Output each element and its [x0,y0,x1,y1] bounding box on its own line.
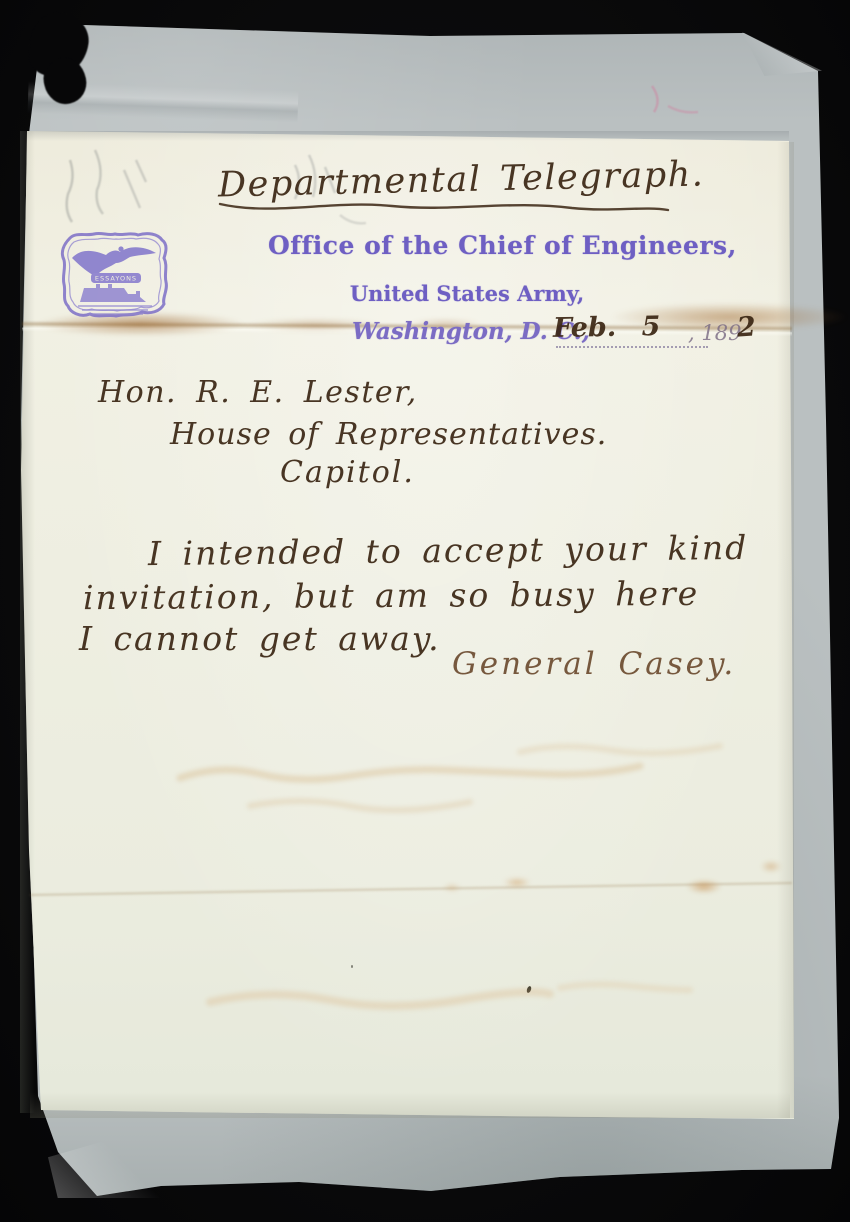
stamp-eagle-head [118,246,123,251]
stamp-eagle [72,247,156,276]
body-line-3: I cannot get away. [79,619,441,658]
pink-pencil-marks [640,80,730,130]
stamp-motto-text: ESSAYONS [95,275,137,283]
signature: General Casey. [452,646,736,682]
handwritten-year-digit: 2 [736,311,757,343]
recipient-address-line: House of Representatives. [170,417,607,452]
letterhead-army-line: United States Army, [302,281,632,306]
heading-underline-flourish [212,192,682,222]
recipient-city-line: Capitol. [280,455,415,490]
body-line-1: I intended to accept your kind [148,528,749,573]
letter-photograph: ESSAYONS Departmental Telegraph. Office … [0,0,850,1222]
letterhead-office-line: Office of the Chief of Engineers, [268,231,688,260]
body-line-2: invitation, but am so busy here [83,574,700,617]
printed-year: , 189 [688,321,741,345]
engineers-seal-stamp: ESSAYONS [56,228,174,322]
stamp-fort [80,284,146,302]
handwritten-date: Feb. 5 [553,311,661,344]
recipient-name-line: Hon. R. E. Lester, [98,375,418,410]
